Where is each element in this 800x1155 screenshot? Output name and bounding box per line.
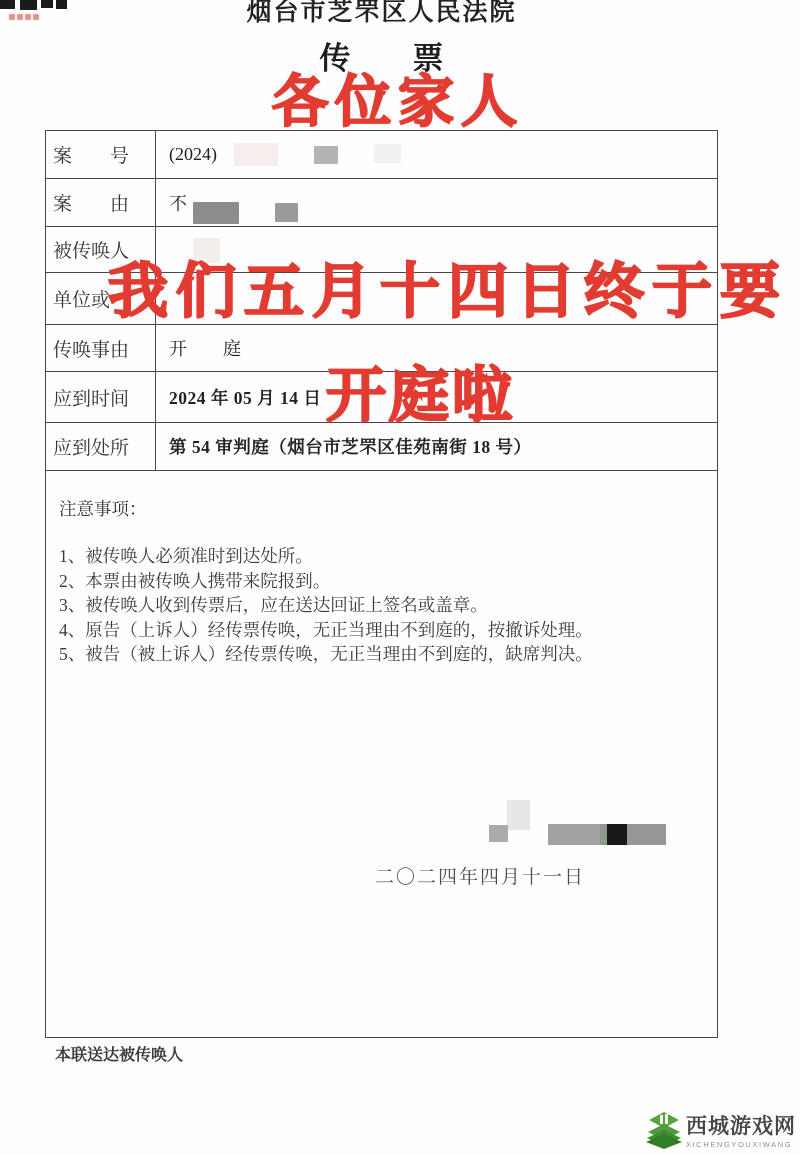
redaction-block <box>374 144 401 163</box>
cause-text: 不 <box>169 190 187 216</box>
row-value: (2024) <box>156 131 717 178</box>
case-number-text: (2024) <box>169 144 217 165</box>
note-item: 1、被传唤人必须准时到达处所。 <box>59 544 593 569</box>
redaction-block <box>548 824 666 845</box>
red-watermark-fragment <box>33 14 39 20</box>
site-brand-pinyin: XICHENGYOUXIWANG <box>686 1140 796 1149</box>
redaction-block <box>314 146 338 164</box>
note-item: 4、原告（上诉人）经传票传唤，无正当理由不到庭的，按撤诉处理。 <box>59 618 593 643</box>
site-watermark-text: 西城游戏网 XICHENGYOUXIWANG <box>686 1116 796 1149</box>
row-label: 案 号 <box>46 131 156 178</box>
cutoff-glyph-fragment <box>0 0 15 9</box>
cutoff-glyph-fragment <box>20 0 37 10</box>
red-watermark-fragment <box>17 14 23 20</box>
table-row-appearance-place: 应到处所 第 54 审判庭（烟台市芝罘区佳苑南街 18 号） <box>46 423 717 471</box>
row-value: 第 54 审判庭（烟台市芝罘区佳苑南街 18 号） <box>156 423 717 470</box>
notes-section: 注意事项： 1、被传唤人必须准时到达处所。 2、本票由被传唤人携带来院报到。 3… <box>46 471 717 1037</box>
row-value: 不 <box>156 179 717 226</box>
table-row-cause: 案 由 不 <box>46 179 717 227</box>
redaction-block <box>489 825 508 842</box>
red-watermark-fragment <box>25 14 31 20</box>
row-label: 应到时间 <box>46 372 156 422</box>
red-caption-line1: 各位家人 <box>272 74 524 130</box>
row-label: 案 由 <box>46 179 156 226</box>
site-logo-icon <box>646 1111 682 1154</box>
note-item: 5、被告（被上诉人）经传票传唤，无正当理由不到庭的，缺席判决。 <box>59 642 593 667</box>
red-caption-line3: 开庭啦 <box>326 366 515 426</box>
red-watermark-fragment <box>9 14 15 20</box>
redaction-block <box>193 202 239 224</box>
table-row-case-number: 案 号 (2024) <box>46 131 717 179</box>
row-label: 传唤事由 <box>46 325 156 371</box>
notes-heading: 注意事项： <box>59 496 147 521</box>
copy-delivery-note: 本联送达被传唤人 <box>55 1042 183 1065</box>
issue-date: 二〇二四年四月十一日 <box>375 862 585 889</box>
redaction-block <box>234 143 278 166</box>
redaction-block <box>507 800 530 830</box>
site-brand-name: 西城游戏网 <box>686 1116 796 1138</box>
note-item: 3、被传唤人收到传票后，应在送达回证上签名或盖章。 <box>59 593 593 618</box>
note-item: 2、本票由被传唤人携带来院报到。 <box>59 569 593 594</box>
redaction-block <box>275 203 298 222</box>
court-name: 烟台市芝罘区人民法院 <box>45 0 718 28</box>
site-watermark: 西城游戏网 XICHENGYOUXIWANG <box>646 1110 800 1155</box>
row-label: 应到处所 <box>46 423 156 470</box>
red-caption-line2: 我们五月十四日终于要 <box>108 262 788 322</box>
notes-list: 1、被传唤人必须准时到达处所。 2、本票由被传唤人携带来院报到。 3、被传唤人收… <box>59 544 593 667</box>
